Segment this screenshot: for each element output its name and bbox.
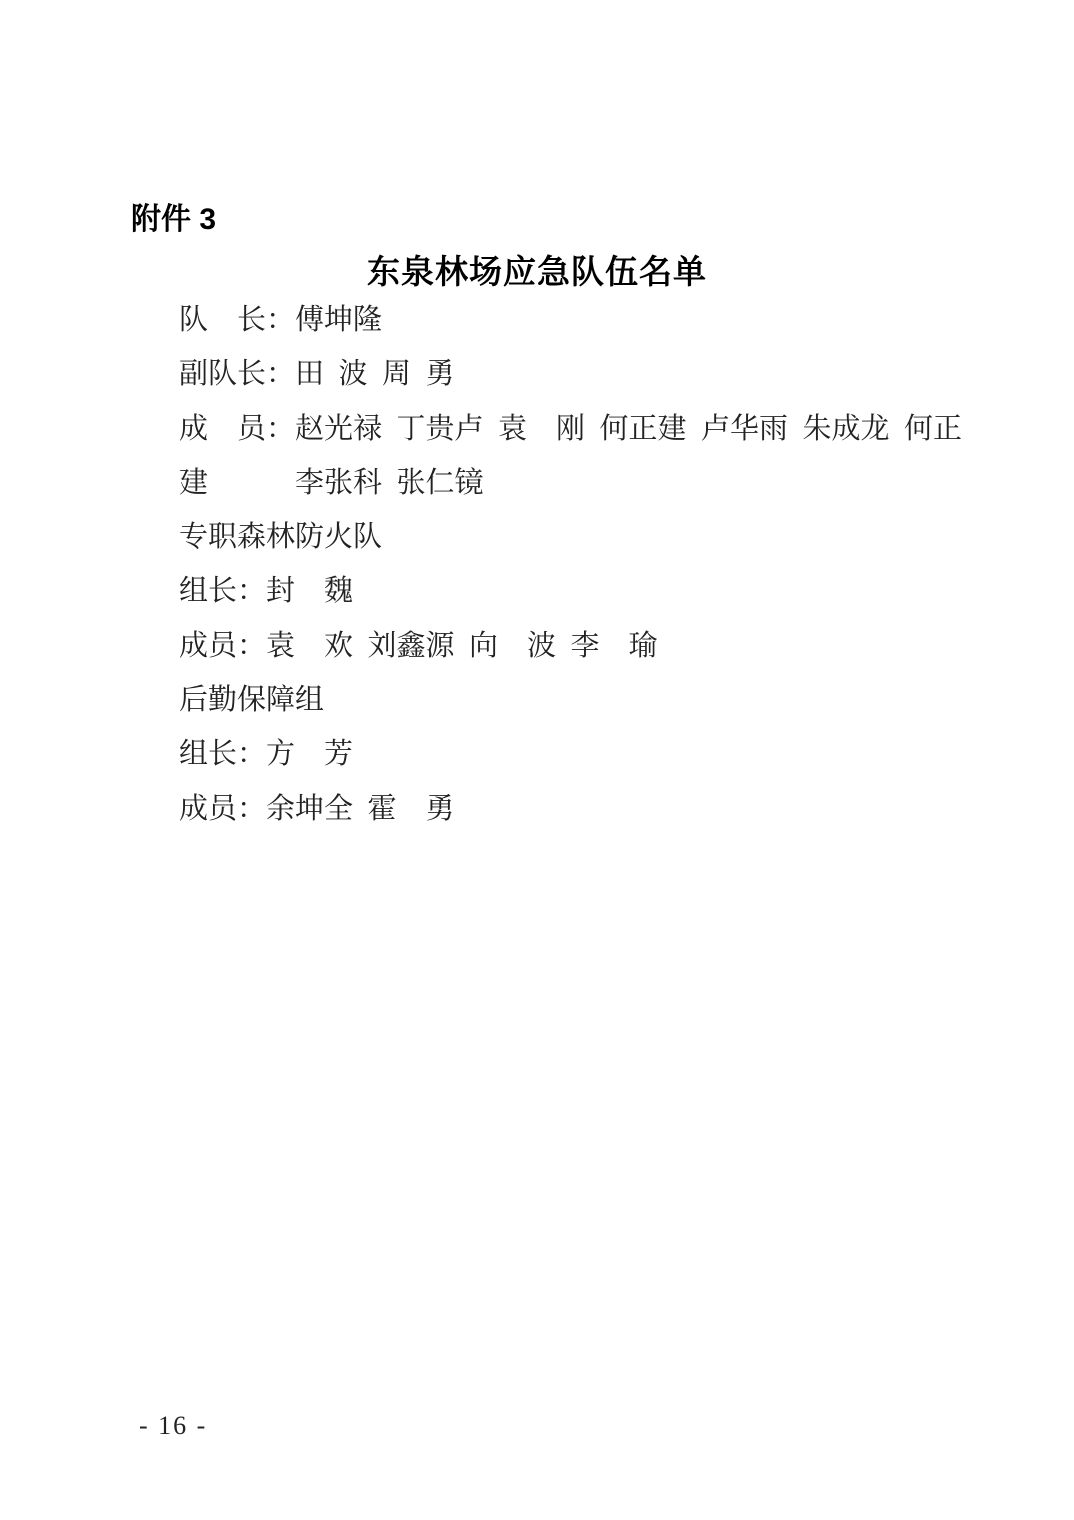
roster-line-logistics-leader: 组长：方 芳 — [179, 727, 974, 781]
roster-line-fire-brigade-members: 成员：袁 欢 刘鑫源 向 波 李 瑜 — [179, 619, 974, 673]
roster-line-logistics-members: 成员：余坤全 霍 勇 — [179, 782, 974, 836]
roster-line-logistics-heading: 后勤保障组 — [179, 673, 974, 727]
roster-list: 队 长：傅坤隆 副队长：田 波 周 勇 成 员：赵光禄 丁贵卢 袁 刚 何正建 … — [179, 293, 974, 836]
roster-line-members: 成 员：赵光禄 丁贵卢 袁 刚 何正建 卢华雨 朱成龙 何正建 — [179, 402, 974, 456]
roster-line-captain: 队 长：傅坤隆 — [179, 293, 974, 347]
attachment-label: 附件 3 — [131, 194, 216, 238]
roster-line-members-continued: 李张科 张仁镜 — [179, 456, 974, 510]
roster-line-deputy-captains: 副队长：田 波 周 勇 — [179, 347, 974, 401]
page-number: - 16 - — [139, 1411, 207, 1441]
roster-line-fire-brigade-leader: 组长：封 魏 — [179, 564, 974, 618]
document-page: 附件 3 东泉林场应急队伍名单 队 长：傅坤隆 副队长：田 波 周 勇 成 员：… — [0, 0, 1074, 1520]
roster-line-fire-brigade-heading: 专职森林防火队 — [179, 510, 974, 564]
page-title: 东泉林场应急队伍名单 — [0, 246, 1074, 293]
